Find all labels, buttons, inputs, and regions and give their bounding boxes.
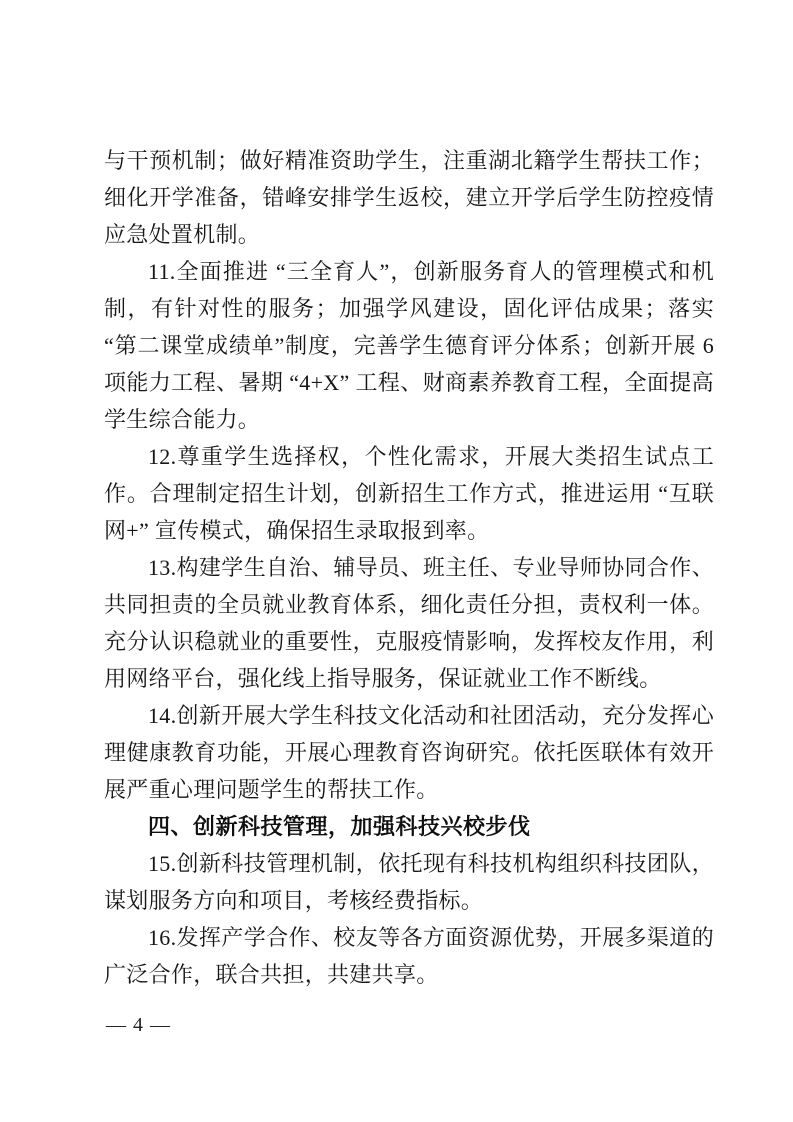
document-page: 与干预机制；做好精准资助学生，注重湖北籍学生帮扶工作；细化开学准备，错峰安排学生… — [0, 0, 793, 1122]
paragraph-15: 15.创新科技管理机制，依托现有科技机构组织科技团队，谋划服务方向和项目，考核经… — [104, 845, 714, 919]
document-body: 与干预机制；做好精准资助学生，注重湖北籍学生帮扶工作；细化开学准备，错峰安排学生… — [104, 142, 714, 993]
paragraph-11: 11.全面推进 “三全育人”，创新服务育人的管理模式和机制，有针对性的服务；加强… — [104, 253, 714, 438]
section-heading-4: 四、创新科技管理，加强科技兴校步伐 — [104, 808, 714, 845]
paragraph-14: 14.创新开展大学生科技文化活动和社团活动，充分发挥心理健康教育功能，开展心理教… — [104, 697, 714, 808]
paragraph-12: 12.尊重学生选择权，个性化需求，开展大类招生试点工作。合理制定招生计划，创新招… — [104, 438, 714, 549]
paragraph-13: 13.构建学生自治、辅导员、班主任、专业导师协同合作、共同担责的全员就业教育体系… — [104, 549, 714, 697]
paragraph-16: 16.发挥产学合作、校友等各方面资源优势，开展多渠道的广泛合作，联合共担，共建共… — [104, 919, 714, 993]
paragraph-continuation: 与干预机制；做好精准资助学生，注重湖北籍学生帮扶工作；细化开学准备，错峰安排学生… — [104, 142, 714, 253]
page-number: — 4 — — [106, 1010, 171, 1040]
